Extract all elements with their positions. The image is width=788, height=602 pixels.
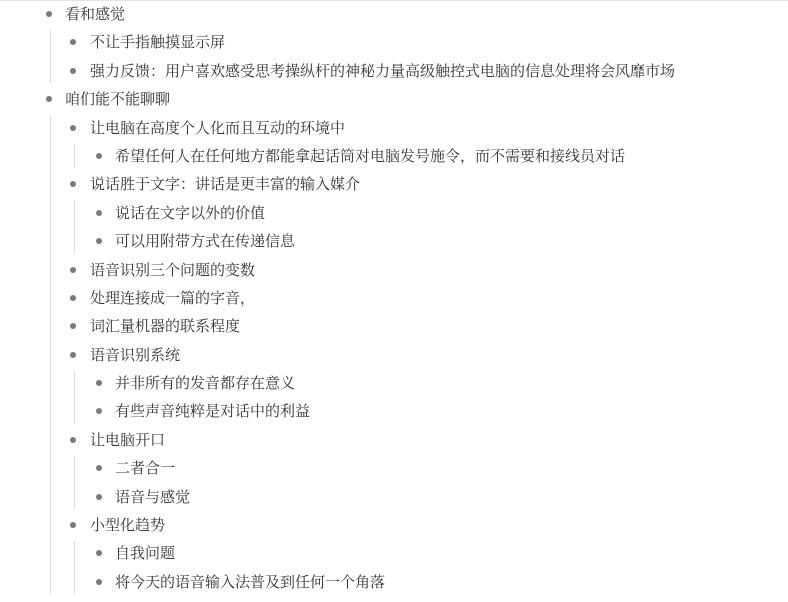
outline-item-text: 将今天的语音输入法普及到任何一个角落 (115, 573, 385, 591)
bullet-icon[interactable] (70, 125, 76, 131)
outline-item-text: 看和感觉 (65, 5, 125, 23)
bullet-icon[interactable] (70, 522, 76, 528)
bullet-icon[interactable] (96, 380, 102, 386)
outline-row[interactable]: 咱们能不能聊聊 (0, 85, 788, 113)
bullet-icon[interactable] (96, 494, 102, 500)
outline-item-text: 不让手指触摸显示屏 (90, 33, 225, 51)
bullet-icon[interactable] (70, 181, 76, 187)
outline-row[interactable]: 不让手指触摸显示屏 (0, 28, 788, 56)
outline-row[interactable]: 词汇量机器的联系程度 (0, 312, 788, 340)
children-group: 不让手指触摸显示屏 强力反馈：用户喜欢感受思考操纵杆的神秘力量高级触控式电脑的信… (0, 28, 788, 85)
bullet-icon[interactable] (70, 68, 76, 74)
bullet-icon[interactable] (96, 465, 102, 471)
outline-row[interactable]: 小型化趋势 (0, 511, 788, 539)
outline-row[interactable]: 处理连接成一篇的字音， (0, 284, 788, 312)
outline-item: 语音识别系统 并非所有的发音都存在意义 (0, 341, 788, 426)
bullet-icon[interactable] (70, 437, 76, 443)
outline-row[interactable]: 希望任何人在任何地方都能拿起话筒对电脑发号施令，而不需要和接线员对话 (0, 142, 788, 170)
outline-item: 可以用附带方式在传递信息 (0, 227, 788, 255)
outline-row[interactable]: 语音识别三个问题的变数 (0, 256, 788, 284)
outline-item: 词汇量机器的联系程度 (0, 312, 788, 340)
children-group: 希望任何人在任何地方都能拿起话筒对电脑发号施令，而不需要和接线员对话 (0, 142, 788, 170)
outline-row[interactable]: 可以用附带方式在传递信息 (0, 227, 788, 255)
outline-item: 不让手指触摸显示屏 (0, 28, 788, 56)
outline-row[interactable]: 有些声音纯粹是对话中的利益 (0, 397, 788, 425)
children-group: 说话在文字以外的价值 可以用附带方式在传递信息 (0, 199, 788, 256)
outline-row[interactable]: 说话胜于文字：讲话是更丰富的输入媒介 (0, 170, 788, 198)
bullet-icon[interactable] (96, 153, 102, 159)
outline-item-text: 让电脑在高度个人化而且互动的环境中 (90, 119, 345, 137)
bullet-icon[interactable] (96, 550, 102, 556)
outline-row[interactable]: 说话在文字以外的价值 (0, 199, 788, 227)
outline-row[interactable]: 并非所有的发音都存在意义 (0, 369, 788, 397)
outline-item-text: 强力反馈：用户喜欢感受思考操纵杆的神秘力量高级触控式电脑的信息处理将会风靡市场 (90, 62, 675, 80)
outline-row[interactable]: 强力反馈：用户喜欢感受思考操纵杆的神秘力量高级触控式电脑的信息处理将会风靡市场 (0, 57, 788, 85)
bullet-icon[interactable] (70, 352, 76, 358)
outline-item-text: 说话胜于文字：讲话是更丰富的输入媒介 (90, 175, 360, 193)
outline-row[interactable]: 让电脑开口 (0, 426, 788, 454)
outline-item-text: 自我问题 (115, 544, 175, 562)
bullet-icon[interactable] (70, 295, 76, 301)
outline-item-text: 小型化趋势 (90, 516, 165, 534)
outline-item: 二者合一 (0, 454, 788, 482)
outline-item: 强力反馈：用户喜欢感受思考操纵杆的神秘力量高级触控式电脑的信息处理将会风靡市场 (0, 57, 788, 85)
bullet-icon[interactable] (46, 11, 52, 17)
children-group: 并非所有的发音都存在意义 有些声音纯粹是对话中的利益 (0, 369, 788, 426)
outline-item-text: 咱们能不能聊聊 (65, 90, 170, 108)
outline-row[interactable]: 将今天的语音输入法普及到任何一个角落 (0, 568, 788, 596)
outline-item: 小型化趋势 自我问题 (0, 511, 788, 596)
bullet-icon[interactable] (96, 579, 102, 585)
outline-row[interactable]: 语音与感觉 (0, 483, 788, 511)
outline-item: 处理连接成一篇的字音， (0, 284, 788, 312)
bullet-icon[interactable] (96, 210, 102, 216)
outline-item: 将今天的语音输入法普及到任何一个角落 (0, 568, 788, 596)
outline-item: 有些声音纯粹是对话中的利益 (0, 397, 788, 425)
outline-item-text: 语音识别三个问题的变数 (90, 261, 255, 279)
outline-item-text: 语音识别系统 (90, 346, 180, 364)
outline-item: 说话胜于文字：讲话是更丰富的输入媒介 说话在文字以外的价值 (0, 170, 788, 255)
bullet-icon[interactable] (70, 323, 76, 329)
outline-item-text: 说话在文字以外的价值 (115, 204, 265, 222)
outline-item: 自我问题 (0, 539, 788, 567)
outline-item-text: 有些声音纯粹是对话中的利益 (115, 402, 310, 420)
outline-row[interactable]: 语音识别系统 (0, 341, 788, 369)
outline-item-text: 让电脑开口 (90, 431, 165, 449)
outline-level-1: 看和感觉 不让手指触摸显示屏 强力反馈：用户喜欢感受思考操纵杆的神秘力量高级触控… (0, 0, 788, 596)
outline-row[interactable]: 让电脑在高度个人化而且互动的环境中 (0, 114, 788, 142)
bullet-icon[interactable] (96, 238, 102, 244)
outline-item-text: 希望任何人在任何地方都能拿起话筒对电脑发号施令，而不需要和接线员对话 (115, 147, 625, 165)
outline-item: 看和感觉 不让手指触摸显示屏 强力反馈：用户喜欢感受思考操纵杆的神秘力量高级触控… (0, 0, 788, 85)
outline-item: 咱们能不能聊聊 让电脑在高度个人化而且互动的环境中 (0, 85, 788, 596)
outline-item: 语音与感觉 (0, 483, 788, 511)
outline-item-text: 词汇量机器的联系程度 (90, 317, 240, 335)
children-group: 自我问题 将今天的语音输入法普及到任何一个角落 (0, 539, 788, 596)
outline-item: 语音识别三个问题的变数 (0, 256, 788, 284)
outline-item: 并非所有的发音都存在意义 (0, 369, 788, 397)
outline-item-text: 语音与感觉 (115, 488, 190, 506)
outline-row[interactable]: 二者合一 (0, 454, 788, 482)
outline-row[interactable]: 看和感觉 (0, 0, 788, 28)
children-group: 让电脑在高度个人化而且互动的环境中 希望任何人在任何地方都能拿起话筒对电脑发号施… (0, 114, 788, 597)
outline-item-text: 并非所有的发音都存在意义 (115, 374, 295, 392)
bullet-icon[interactable] (70, 267, 76, 273)
outline-item: 让电脑在高度个人化而且互动的环境中 希望任何人在任何地方都能拿起话筒对电脑发号施… (0, 114, 788, 171)
outline-list: 看和感觉 不让手指触摸显示屏 强力反馈：用户喜欢感受思考操纵杆的神秘力量高级触控… (0, 0, 788, 596)
bullet-icon[interactable] (70, 39, 76, 45)
outline-row[interactable]: 自我问题 (0, 539, 788, 567)
outline-item-text: 可以用附带方式在传递信息 (115, 232, 295, 250)
outline-item-text: 二者合一 (115, 459, 175, 477)
children-group: 二者合一 语音与感觉 (0, 454, 788, 511)
outline-item: 希望任何人在任何地方都能拿起话筒对电脑发号施令，而不需要和接线员对话 (0, 142, 788, 170)
outline-item: 让电脑开口 二者合一 (0, 426, 788, 511)
outline-item-text: 处理连接成一篇的字音， (90, 289, 255, 307)
bullet-icon[interactable] (96, 408, 102, 414)
outline-item: 说话在文字以外的价值 (0, 199, 788, 227)
bullet-icon[interactable] (46, 96, 52, 102)
